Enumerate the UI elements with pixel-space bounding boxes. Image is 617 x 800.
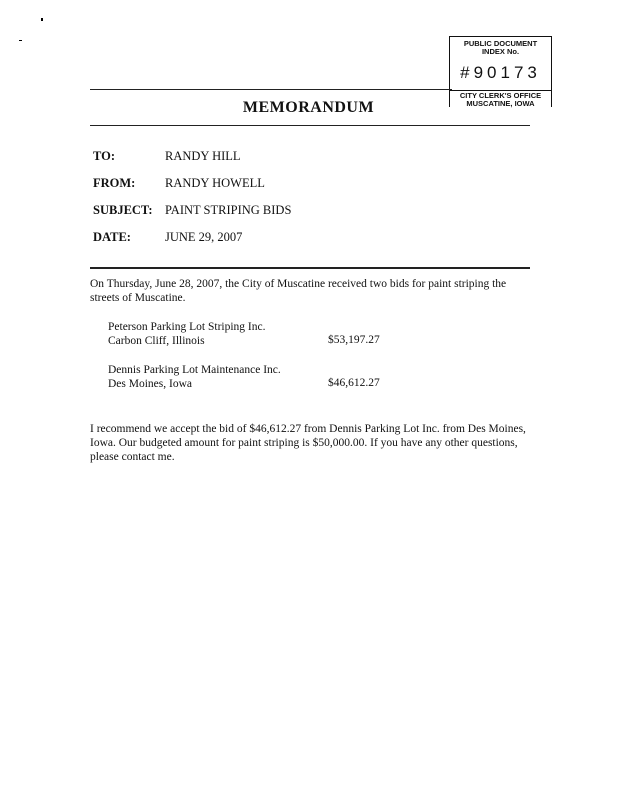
top-rule <box>90 89 452 90</box>
bid-company: Peterson Parking Lot Striping Inc. <box>108 320 265 334</box>
header-from: FROM:RANDY HOWELL <box>93 176 265 191</box>
body-rule <box>90 267 530 269</box>
header-to: TO:RANDY HILL <box>93 149 241 164</box>
header-label: DATE: <box>93 230 165 245</box>
bid-amount: $53,197.27 <box>328 334 380 346</box>
header-subject: SUBJECT:PAINT STRIPING BIDS <box>93 203 291 218</box>
title-rule <box>90 125 530 126</box>
stamp-line-2: INDEX No. <box>450 48 551 56</box>
intro-paragraph: On Thursday, June 28, 2007, the City of … <box>90 277 530 305</box>
bid-amount: $46,612.27 <box>328 377 380 389</box>
header-label: SUBJECT: <box>93 203 165 218</box>
scan-speck <box>41 18 43 21</box>
scan-speck <box>19 40 22 41</box>
header-label: TO: <box>93 149 165 164</box>
bid-2: Dennis Parking Lot Maintenance Inc. Des … <box>108 363 281 391</box>
bid-company: Dennis Parking Lot Maintenance Inc. <box>108 363 281 377</box>
header-label: FROM: <box>93 176 165 191</box>
header-value: RANDY HILL <box>165 149 241 163</box>
bid-location: Des Moines, Iowa <box>108 377 281 391</box>
stamp-index-number: #90173 <box>450 64 551 82</box>
public-document-stamp: PUBLIC DOCUMENT INDEX No. #90173 CITY CL… <box>449 36 552 107</box>
header-value: PAINT STRIPING BIDS <box>165 203 291 217</box>
header-value: JUNE 29, 2007 <box>165 230 242 244</box>
header-date: DATE:JUNE 29, 2007 <box>93 230 242 245</box>
bid-1: Peterson Parking Lot Striping Inc. Carbo… <box>108 320 265 348</box>
bid-location: Carbon Cliff, Illinois <box>108 334 265 348</box>
memo-title: MEMORANDUM <box>0 99 617 117</box>
header-value: RANDY HOWELL <box>165 176 265 190</box>
recommendation-paragraph: I recommend we accept the bid of $46,612… <box>90 422 530 464</box>
